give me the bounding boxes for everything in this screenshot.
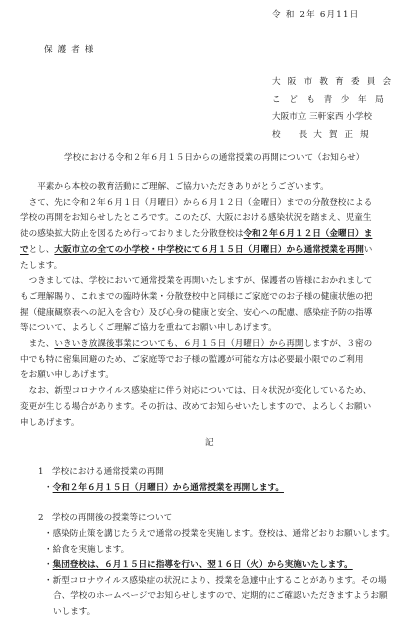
- text-line: なお、新型コロナウイルス感染症に伴う対応については、日々状況が変化しているため、: [20, 384, 404, 400]
- text-line: 等について、よろしくご理解ご協力を重ねてお願い申しあげます。: [20, 321, 404, 337]
- paragraph-afterschool: また、いきいき放課後事業についても、６月１５日（月曜日）から再開しますが、３密の…: [20, 337, 404, 384]
- text-segment: とし、: [29, 245, 55, 255]
- text-line: 徒の感染拡大防止を図るため行っておりました分散登校は令和２年６月１２日（金曜日）…: [20, 227, 404, 243]
- list-item-continued: 合、学校のホームページでお知らせしますので、定期的にご確認いただきますようお願: [44, 589, 395, 605]
- text-line: また、いきいき放課後事業についても、６月１５日（月曜日）から再開しますが、３密の: [20, 337, 404, 353]
- text-segment: 徒の感染拡大防止を図るため行っておりました分散登校は: [20, 229, 243, 239]
- addressee: 保護者様: [44, 43, 98, 55]
- text-line: をお願い申しあげます。: [20, 368, 404, 384]
- emphasis-underline: で: [20, 245, 29, 255]
- paragraph-reopening: さて、先に令和２年６月１日（月曜日）から６月１２日（金曜日）までの分散登校による…: [20, 196, 404, 275]
- bullet: ・: [44, 483, 53, 493]
- text-line: さて、先に令和２年６月１日（月曜日）から６月１２日（金曜日）までの分散登校による: [20, 196, 404, 212]
- text-line: もご理解賜り、これまでの臨時休業・分散登校中と同様にご家庭でのお子様の健康状態の…: [20, 290, 404, 306]
- document-title: 学校における令和２年６月１５日からの通常授業の再開について（お知らせ）: [64, 151, 364, 163]
- emphasis-underline: 令和２年６月１５日（月曜日）から通常授業を再開します。: [53, 483, 284, 493]
- text-line: 握（健康観察表への記入を含む）及び心身の健康と安全、安心への配慮、感染症予防の指…: [20, 306, 404, 322]
- sender-org-board: 大阪市教育委員会: [272, 74, 398, 92]
- sender-school: 大阪市立 三軒家西 小学校: [272, 109, 398, 127]
- section-1-item: ・令和２年６月１５日（月曜日）から通常授業を再開します。: [44, 481, 284, 493]
- text-line: たします。: [20, 259, 404, 275]
- text-line: 学校の再開をお知らせしたところです。このたび、大阪における感染状況を踏まえ、児童…: [20, 211, 404, 227]
- sender-org-bureau: こども青少年局: [272, 92, 398, 110]
- text-segment: しますが、３密の: [303, 339, 372, 349]
- section-1-heading: 1 学校における通常授業の再開: [38, 465, 164, 477]
- text-segment: い: [364, 245, 373, 255]
- text-line: つきましては、学校において通常授業を再開いたしますが、保護者の皆様におかれまして: [20, 274, 404, 290]
- text-segment: また、: [29, 339, 55, 349]
- principal-title-2: 長: [299, 130, 308, 140]
- text-line: 申しあげます。: [20, 416, 404, 432]
- principal-name: 大賀正規: [313, 130, 375, 140]
- emphasis-underline: 集団登校は、６月１５日に指導を行い、翌１６日（火）から実施いたします。: [53, 560, 353, 570]
- ki-heading: 記: [205, 436, 214, 448]
- paragraph-notice: なお、新型コロナウイルス感染症に伴う対応については、日々状況が変化しているため、…: [20, 384, 404, 431]
- list-item: ・感染防止策を講じたうえで通常の授業を実施します。登校は、通常どおりお願いします…: [44, 527, 395, 543]
- section-2-list: ・感染防止策を講じたうえで通常の授業を実施します。登校は、通常どおりお願いします…: [44, 527, 395, 621]
- list-item-continued: いします。: [44, 605, 395, 621]
- text-line: 中でも特に密集回避のため、ご家庭等でお子様の監護が可能な方は必要最小限でのご利用: [20, 353, 404, 369]
- paragraph-request: つきましては、学校において通常授業を再開いたしますが、保護者の皆様におかれまして…: [20, 274, 404, 337]
- text-line: 変更が生じる場合があります。その折は、改めてお知らせいたしますので、よろしくお願…: [20, 400, 404, 416]
- text-line: でとし、大阪市立の全ての小学校・中学校にて６月１５日（月曜日）から通常授業を再開…: [20, 243, 404, 259]
- sender-principal: 校長大賀正規: [272, 127, 398, 145]
- principal-title-1: 校: [272, 130, 281, 140]
- sender-block: 大阪市教育委員会 こども青少年局 大阪市立 三軒家西 小学校 校長大賀正規: [272, 74, 398, 144]
- section-2-heading: 2 学校の再開後の授業等について: [38, 511, 172, 523]
- emphasis-underline: いきいき放課後事業についても、６月１５日（月曜日）から再開: [54, 339, 303, 349]
- paragraph-greeting: 平素から本校の教育活動にご理解、ご協力いただきありがとうございます。: [20, 180, 404, 196]
- list-item: ・新型コロナウイルス感染症の状況により、授業を急遽中止することがあります。その場: [44, 574, 395, 590]
- emphasis-underline: 令和２年６月１２日（金曜日）ま: [243, 229, 372, 239]
- document-date: 令 和 2年 6月11日: [272, 8, 359, 20]
- bullet: ・: [44, 560, 53, 570]
- list-item: ・給食を実施します。: [44, 543, 395, 559]
- emphasis-underline: 大阪市立の全ての小学校・中学校にて６月１５日（月曜日）から通常授業を再開: [54, 245, 363, 255]
- document-body: 平素から本校の教育活動にご理解、ご協力いただきありがとうございます。 さて、先に…: [20, 180, 404, 431]
- list-item: ・集団登校は、６月１５日に指導を行い、翌１６日（火）から実施いたします。: [44, 558, 395, 574]
